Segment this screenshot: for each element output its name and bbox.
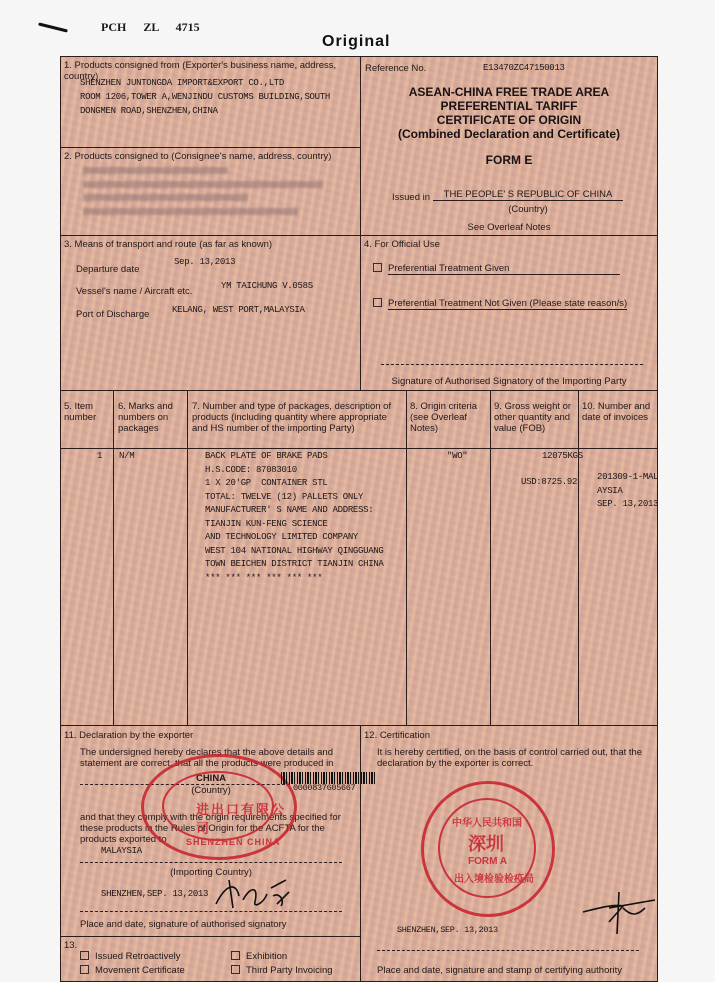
certifier-place-date: SHENZHEN,SEP. 13,2013 bbox=[397, 924, 498, 938]
column-divider bbox=[578, 391, 579, 725]
movement-certificate-option[interactable]: Movement Certificate bbox=[80, 965, 185, 976]
preferential-not-given-option[interactable]: Preferential Treatment Not Given (Please… bbox=[373, 298, 633, 309]
checkbox[interactable] bbox=[231, 951, 240, 960]
heading-line-2: PREFERENTIAL TARIFF bbox=[361, 99, 657, 113]
form-name: FORM E bbox=[361, 153, 657, 167]
description-line: MANUFACTURER' S NAME AND ADDRESS: bbox=[205, 504, 384, 518]
description-line: *** *** *** *** *** *** bbox=[205, 572, 384, 586]
redacted-line bbox=[83, 181, 323, 188]
exporter-company-stamp: 进出口有限公司 SHENZHEN CHINA bbox=[141, 754, 297, 860]
description-line: TOWN BEICHEN DISTRICT TIANJIN CHINA bbox=[205, 558, 384, 572]
redacted-line bbox=[83, 208, 298, 215]
fob-value: USD:8725.92 bbox=[521, 476, 577, 490]
box-exporter-declaration: 11. Declaration by the exporter The unde… bbox=[61, 725, 361, 937]
importing-country-line bbox=[80, 862, 342, 863]
box3-label: 3. Means of transport and route (as far … bbox=[64, 239, 272, 250]
exporter-signature bbox=[211, 874, 301, 912]
port-label: Port of Discharge bbox=[76, 309, 149, 320]
signature-line bbox=[377, 950, 639, 951]
stamp-city-text: SHENZHEN CHINA bbox=[186, 837, 281, 847]
header-marks: 6. Marks and numbers on packages bbox=[118, 401, 184, 434]
header-invoices: 10. Number and date of invoices bbox=[582, 401, 656, 423]
exporter-line-3: DONGMEN ROAD,SHENZHEN,CHINA bbox=[80, 105, 218, 119]
certificate-heading: ASEAN-CHINA FREE TRADE AREA PREFERENTIAL… bbox=[361, 85, 657, 141]
checkbox[interactable] bbox=[373, 298, 382, 307]
header-item-number: 5. Item number bbox=[64, 401, 112, 423]
checkbox[interactable] bbox=[373, 263, 382, 272]
heading-line-1: ASEAN-CHINA FREE TRADE AREA bbox=[361, 85, 657, 99]
port-value: KELANG, WEST PORT,MALAYSIA bbox=[172, 304, 305, 318]
inspection-bureau-stamp: 中华人民共和国 深圳 FORM A 出入境检验检疫局 bbox=[421, 781, 555, 917]
barcode-number: 0000837605667 bbox=[293, 782, 355, 796]
exporter-signature-caption: Place and date, signature of authorised … bbox=[80, 919, 287, 930]
invoice-info: 201309-1-MAL AYSIA SEP. 13,2013 bbox=[597, 471, 658, 512]
exporter-place-date: SHENZHEN,SEP. 13,2013 bbox=[101, 888, 208, 902]
country-caption: (Country) bbox=[433, 204, 623, 215]
issued-in-value: THE PEOPLE' S REPUBLIC OF CHINA bbox=[433, 189, 623, 201]
description-line: AND TECHNOLOGY LIMITED COMPANY bbox=[205, 531, 384, 545]
vessel-value: YM TAICHUNG V.058S bbox=[221, 280, 313, 294]
box-official-use: 4. For Official Use Preferential Treatme… bbox=[361, 236, 657, 391]
description-line: H.S.CODE: 87083010 bbox=[205, 464, 384, 478]
third-party-invoicing-option[interactable]: Third Party Invoicing bbox=[231, 965, 333, 976]
box11-label: 11. Declaration by the exporter bbox=[64, 730, 193, 741]
exporter-line-1: SHENZHEN JUNTONGDA IMPORT&EXPORT CO.,LTD bbox=[80, 77, 284, 91]
option-label: Preferential Treatment Given bbox=[388, 263, 620, 275]
box4-label: 4. For Official Use bbox=[364, 239, 440, 250]
redacted-line bbox=[83, 194, 248, 201]
certifier-signature-caption: Place and date, signature and stamp of c… bbox=[377, 965, 622, 976]
description-line: BACK PLATE OF BRAKE PADS bbox=[205, 450, 384, 464]
invoice-line: 201309-1-MAL bbox=[597, 471, 658, 485]
column-divider bbox=[406, 391, 407, 725]
redacted-line bbox=[83, 167, 228, 174]
invoice-line: AYSIA bbox=[597, 485, 658, 499]
checkbox[interactable] bbox=[80, 951, 89, 960]
checkbox[interactable] bbox=[80, 965, 89, 974]
gross-weight: 12075KGS bbox=[542, 450, 583, 464]
importing-signature-caption: Signature of Authorised Signatory of the… bbox=[361, 376, 657, 387]
option-label: Preferential Treatment Not Given (Please… bbox=[388, 298, 627, 310]
box12-label: 12. Certification bbox=[364, 730, 430, 741]
table-header: 5. Item number 6. Marks and numbers on p… bbox=[61, 391, 657, 449]
marks: N/M bbox=[119, 450, 134, 464]
pen-mark bbox=[38, 22, 68, 32]
exhibition-option[interactable]: Exhibition bbox=[231, 951, 287, 962]
option-label: Movement Certificate bbox=[95, 965, 185, 976]
column-divider bbox=[187, 391, 188, 725]
certification-text: It is hereby certified, on the basis of … bbox=[377, 747, 655, 769]
issued-in-label: Issued in bbox=[392, 192, 430, 203]
checkbox[interactable] bbox=[231, 965, 240, 974]
invoice-line: SEP. 13,2013 bbox=[597, 498, 658, 512]
heading-line-3: CERTIFICATE OF ORIGIN bbox=[361, 113, 657, 127]
signature-line bbox=[80, 911, 342, 912]
issued-retroactively-option[interactable]: Issued Retroactively bbox=[80, 951, 181, 962]
box-transport: 3. Means of transport and route (as far … bbox=[61, 236, 361, 391]
header-origin: 8. Origin criteria (see Overleaf Notes) bbox=[410, 401, 490, 434]
origin-criteria: "WO" bbox=[447, 450, 467, 464]
description-line: WEST 104 NATIONAL HIGHWAY QINGGUANG bbox=[205, 545, 384, 559]
importing-country: MALAYSIA bbox=[101, 845, 142, 859]
box2-label: 2. Products consigned to (Consignee's na… bbox=[64, 151, 331, 162]
stamp-form-text: FORM A bbox=[468, 856, 507, 867]
certificate-form: 1. Products consigned from (Exporter's b… bbox=[60, 56, 658, 982]
box-reference: Reference No. E13470ZC47150013 ASEAN-CHI… bbox=[361, 57, 657, 236]
description-line: 1 X 20'GP CONTAINER STL bbox=[205, 477, 384, 491]
option-label: Issued Retroactively bbox=[95, 951, 181, 962]
exporter-line-2: ROOM 1206,TOWER A,WENJINDU CUSTOMS BUILD… bbox=[80, 91, 330, 105]
departure-label: Departure date bbox=[76, 264, 139, 275]
column-divider bbox=[113, 391, 114, 725]
description-line: TOTAL: TWELVE (12) PALLETS ONLY bbox=[205, 491, 384, 505]
box-exporter: 1. Products consigned from (Exporter's b… bbox=[61, 57, 361, 148]
certifier-signature bbox=[579, 886, 657, 936]
top-reference: PCH ZL 4715 bbox=[101, 20, 200, 35]
preferential-given-option[interactable]: Preferential Treatment Given bbox=[373, 263, 623, 275]
header-description: 7. Number and type of packages, descript… bbox=[192, 401, 397, 434]
departure-value: Sep. 13,2013 bbox=[174, 256, 235, 270]
page-title: Original bbox=[322, 33, 390, 51]
stamp-center-text: 深圳 bbox=[468, 830, 504, 856]
item-number: 1 bbox=[97, 450, 102, 464]
stamp-country-text: 中华人民共和国 bbox=[452, 814, 522, 829]
column-divider bbox=[490, 391, 491, 725]
reference-number: E13470ZC47150013 bbox=[483, 62, 565, 76]
box-consignee: 2. Products consigned to (Consignee's na… bbox=[61, 148, 361, 236]
header-weight-value: 9. Gross weight or other quantity and va… bbox=[494, 401, 579, 434]
reference-label: Reference No. bbox=[365, 63, 426, 74]
description: BACK PLATE OF BRAKE PADS H.S.CODE: 87083… bbox=[205, 450, 384, 585]
box-certification: 12. Certification It is hereby certified… bbox=[361, 725, 657, 982]
vessel-label: Vessel's name / Aircraft etc. bbox=[76, 286, 192, 297]
box13-label: 13. bbox=[64, 940, 77, 951]
heading-line-4: (Combined Declaration and Certificate) bbox=[361, 127, 657, 141]
box-13: 13. Issued Retroactively Exhibition Move… bbox=[61, 937, 361, 982]
description-line: TIANJIN KUN-FENG SCIENCE bbox=[205, 518, 384, 532]
signature-line bbox=[381, 364, 643, 365]
overleaf-notes: See Overleaf Notes bbox=[361, 222, 657, 233]
stamp-bureau-text: 出入境检验检疫局 bbox=[454, 870, 534, 885]
option-label: Third Party Invoicing bbox=[246, 965, 333, 976]
option-label: Exhibition bbox=[246, 951, 287, 962]
stamp-chinese-text: 进出口有限公司 bbox=[196, 799, 294, 837]
